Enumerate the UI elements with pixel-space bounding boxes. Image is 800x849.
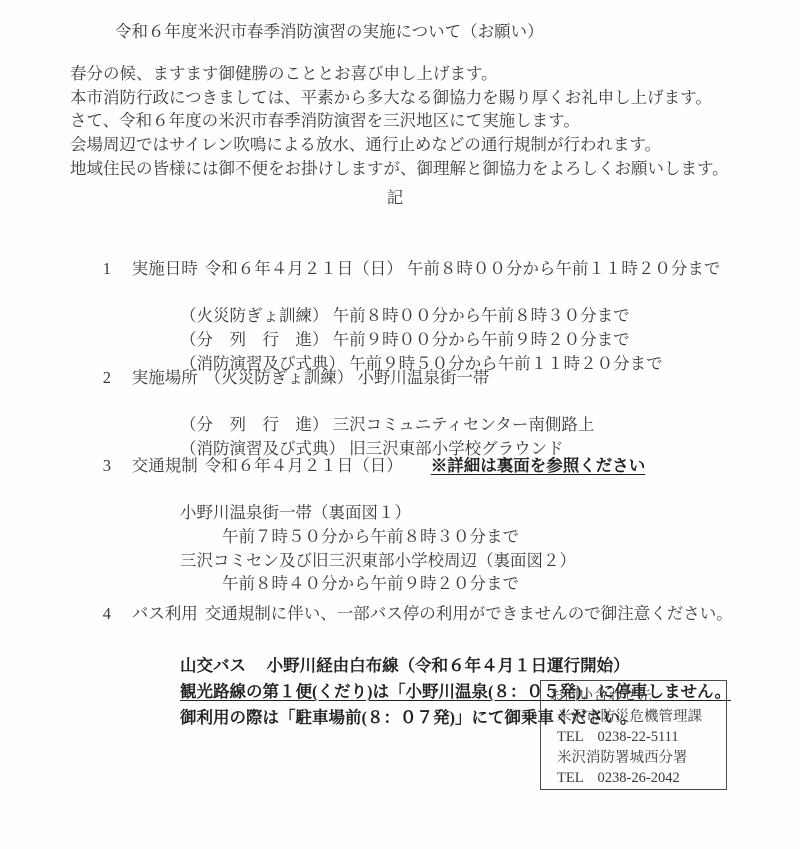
section-number: 2 bbox=[103, 366, 132, 390]
section-label: 実施場所 bbox=[132, 366, 205, 390]
section-sub-line: （火災防ぎょ訓練） 午前８時００分から午前８時３０分まで bbox=[0, 304, 800, 328]
section-first-row: 2実施場所（火災防ぎょ訓練） 小野川温泉街一帯 bbox=[0, 342, 800, 413]
section-traffic-control: 3交通規制令和６年４月２１日（日）※詳細は裏面を参照ください 小野川温泉街一帯（… bbox=[0, 430, 800, 596]
greeting-paragraph: 春分の候、ますます御健勝のこととお喜び申し上げます。 本市消防行政につきましては… bbox=[70, 62, 790, 181]
section-sub-line: 午前７時５０分から午前８時３０分まで bbox=[0, 525, 800, 549]
contact-department: 米沢市防災危機管理課 bbox=[550, 707, 720, 728]
section-content: 令和６年４月２１日（日） 午前８時００分から午前１１時２０分まで bbox=[205, 259, 721, 278]
bus-route-line: 山交バス 小野川経由白布線（令和６年４月１日運行開始） bbox=[0, 653, 800, 679]
greeting-line: 地域住民の皆様には御不便をお掛けしますが、御理解と御協力をよろしくお願いします。 bbox=[70, 157, 790, 181]
section-number: 4 bbox=[103, 601, 132, 627]
contact-phone-number: TEL 0238-26-2042 bbox=[550, 768, 720, 789]
section-number: 3 bbox=[103, 454, 132, 478]
see-reverse-note: ※詳細は裏面を参照ください bbox=[431, 456, 646, 475]
contact-box-title: お問い合わせ先 bbox=[550, 686, 720, 707]
section-content: 令和６年４月２１日（日） bbox=[205, 456, 403, 475]
contact-fire-branch: 米沢消防署城西分署 bbox=[550, 748, 720, 769]
document-page: 令和６年度米沢市春季消防演習の実施について（お願い） 春分の候、ますます御健勝の… bbox=[0, 0, 800, 849]
contact-phone-number: TEL 0238-22-5111 bbox=[550, 727, 720, 748]
section-sub-line: 小野川温泉街一帯（裏面図１） bbox=[0, 501, 800, 525]
section-content: 交通規制に伴い、一部バス停の利用ができませんので御注意ください。 bbox=[205, 604, 733, 623]
section-first-row: 1実施日時令和６年４月２１日（日） 午前８時００分から午前１１時２０分まで bbox=[0, 233, 800, 304]
section-label: バス利用 bbox=[132, 601, 205, 627]
greeting-line: さて、令和６年度の米沢市春季消防演習を三沢地区にて実施します。 bbox=[70, 109, 790, 133]
section-label: 実施日時 bbox=[132, 257, 205, 281]
section-first-row: 3交通規制令和６年４月２１日（日）※詳細は裏面を参照ください bbox=[0, 430, 800, 501]
greeting-line: 本市消防行政につきましては、平素から多大なる御協力を賜り厚くお礼申し上げます。 bbox=[70, 86, 790, 110]
section-label: 交通規制 bbox=[132, 454, 205, 478]
contact-box: お問い合わせ先 米沢市防災危機管理課 TEL 0238-22-5111 米沢消防… bbox=[540, 680, 727, 790]
record-marker: 記 bbox=[0, 186, 790, 210]
greeting-line: 春分の候、ますます御健勝のこととお喜び申し上げます。 bbox=[70, 62, 790, 86]
greeting-line: 会場周辺ではサイレン吹鳴による放水、通行止めなどの通行規制が行われます。 bbox=[70, 133, 790, 157]
section-number: 1 bbox=[103, 257, 132, 281]
section-first-row: 4バス利用交通規制に伴い、一部バス停の利用ができませんので御注意ください。 bbox=[0, 575, 800, 653]
page-title: 令和６年度米沢市春季消防演習の実施について（お願い） bbox=[115, 20, 544, 44]
section-sub-line: 三沢コミセン及び旧三沢東部小学校周辺（裏面図２） bbox=[0, 549, 800, 573]
section-content: （火災防ぎょ訓練） 小野川温泉街一帯 bbox=[205, 368, 490, 387]
